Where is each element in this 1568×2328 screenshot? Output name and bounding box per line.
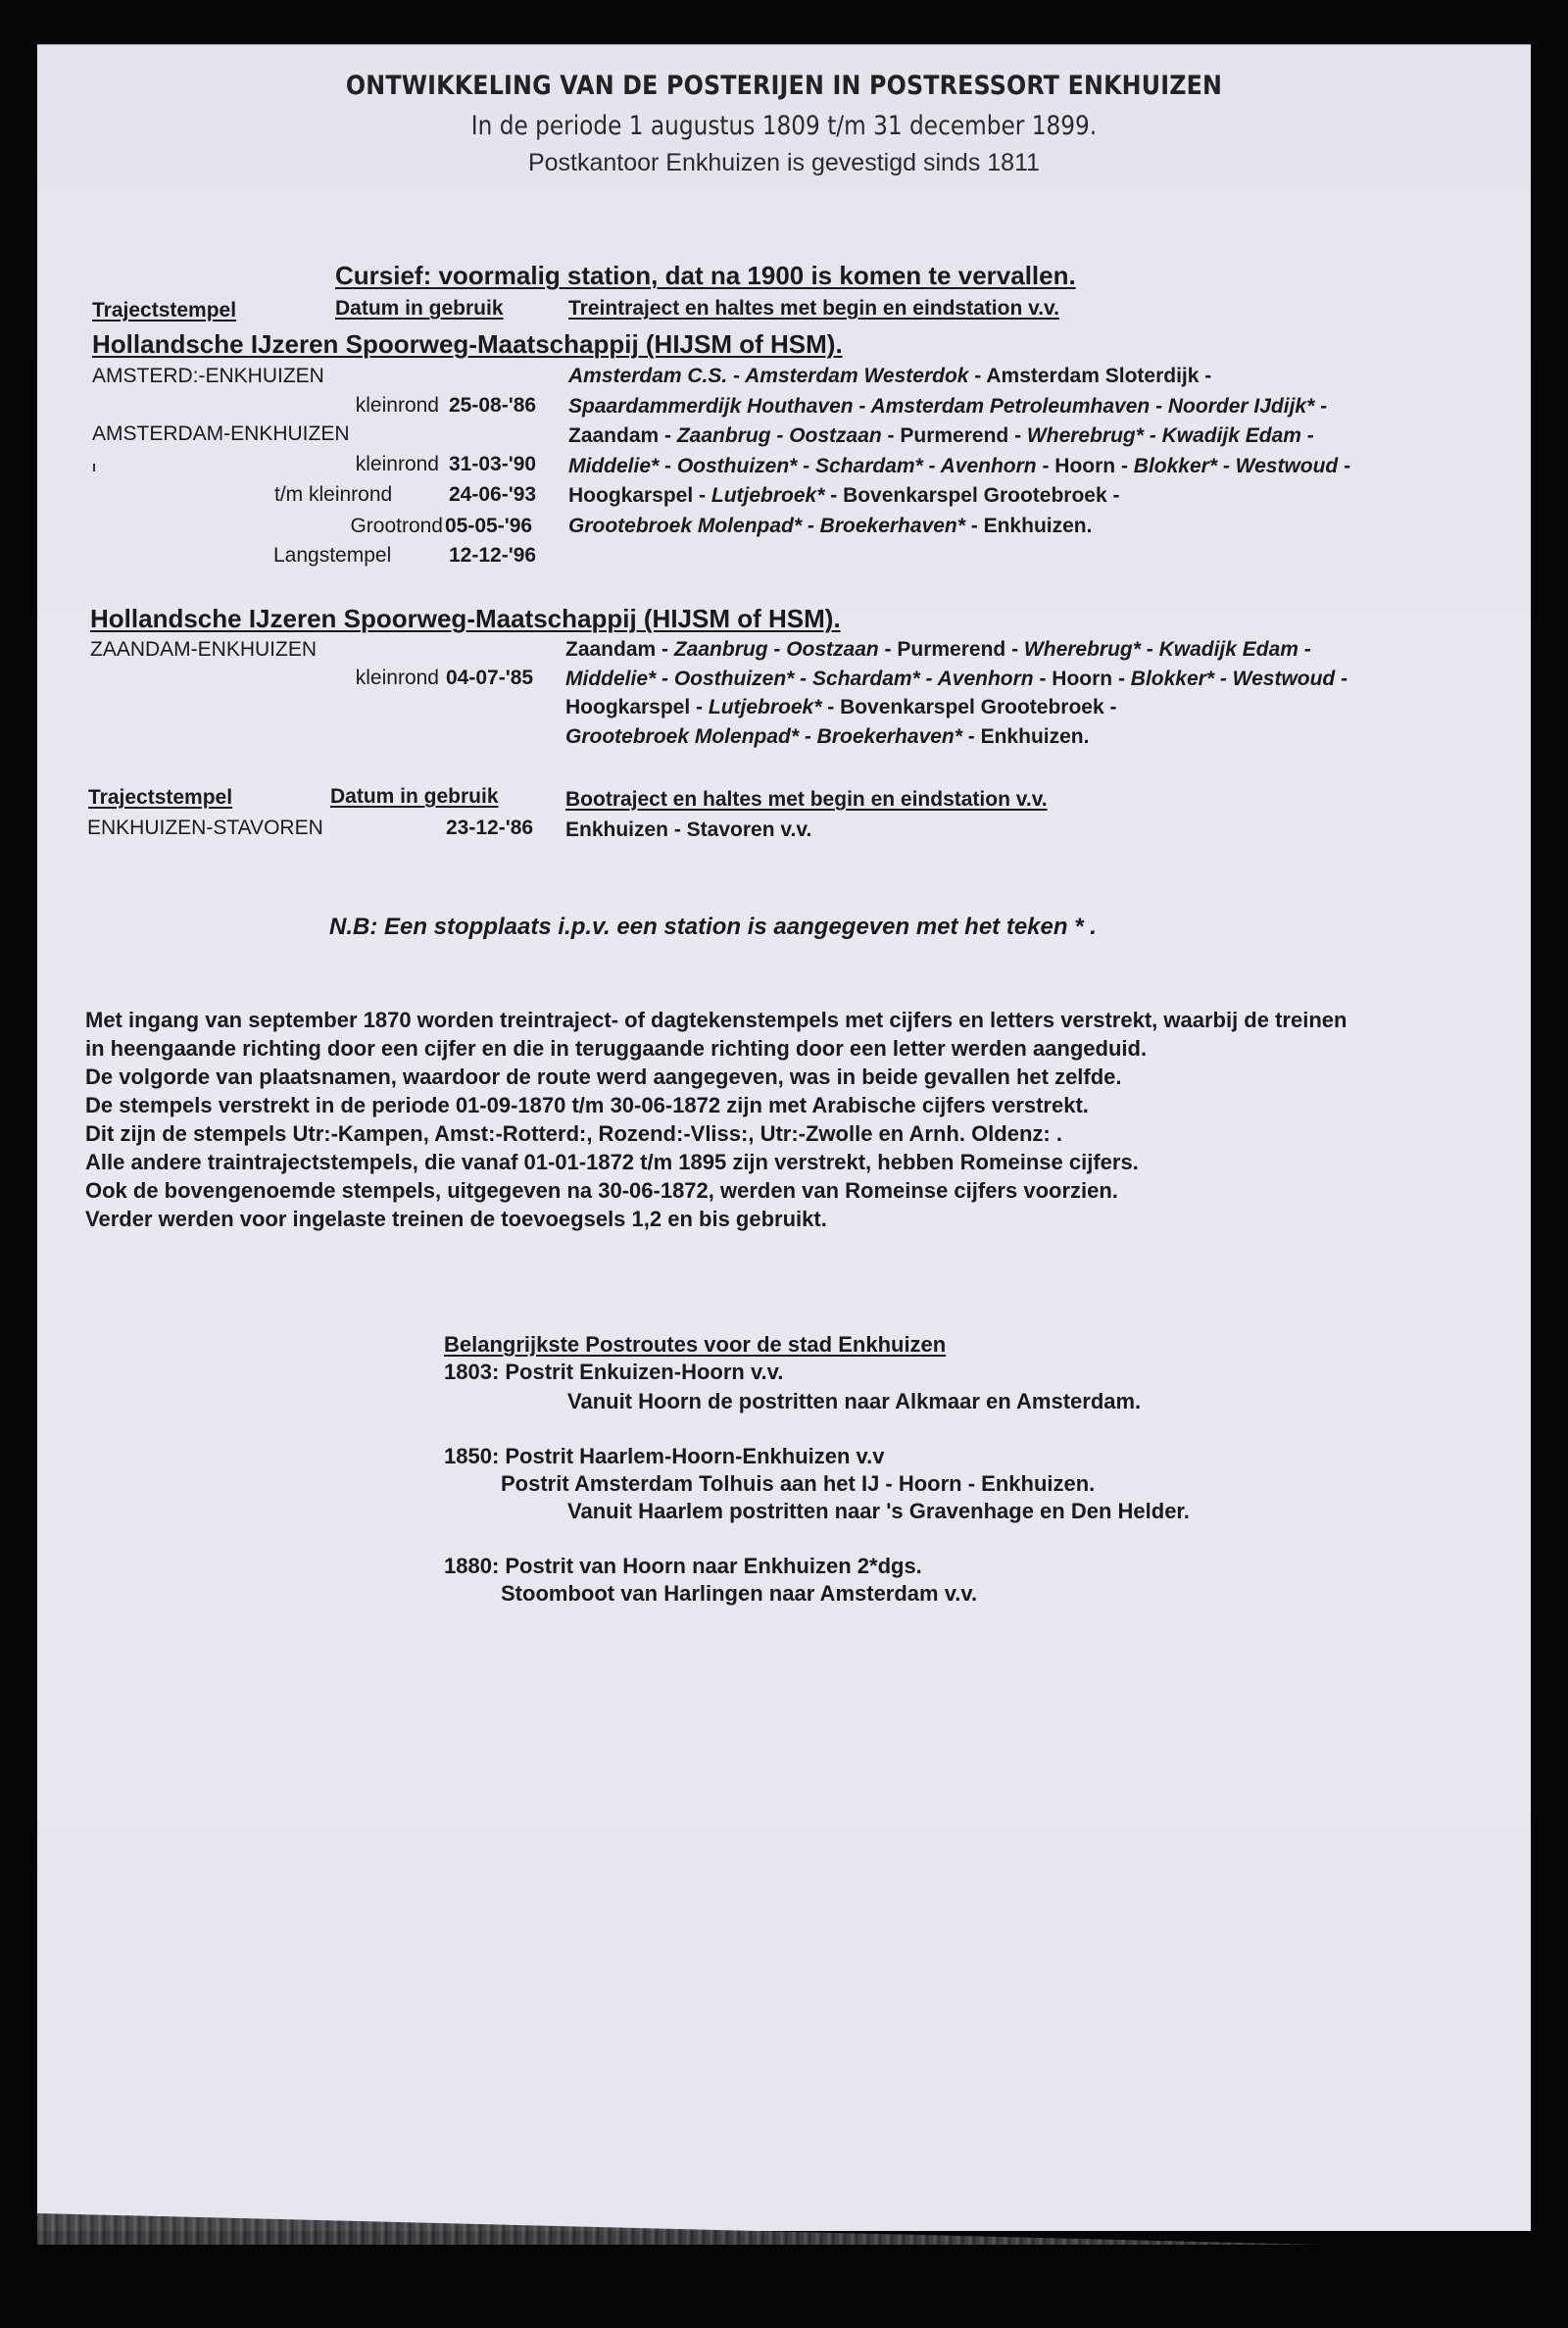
- route-line: Middelie* - Oosthuizen* - Schardam* - Av…: [568, 455, 1350, 478]
- route-line: Hoogkarspel - Lutjebroek* - Bovenkarspel…: [568, 484, 1119, 508]
- stamp-date: 04-07-'85: [446, 667, 533, 690]
- station-text: Hoogkarspel -: [568, 484, 711, 507]
- former-station-text: Lutjebroek*: [711, 484, 825, 507]
- former-station-text: Amsterdam C.S. - Amsterdam Westerdok: [568, 365, 968, 387]
- former-station-text: Middelie* - Oosthuizen* - Schardam* - Av…: [565, 668, 1034, 690]
- station-text: - Bovenkarspel Grootebroek -: [824, 484, 1119, 507]
- station-text: - Enkhuizen.: [965, 515, 1093, 537]
- route-line: Middelie* - Oosthuizen* - Schardam* - Av…: [565, 668, 1347, 691]
- former-station-text: Grootebroek Molenpad* - Broekerhaven*: [568, 515, 965, 537]
- station-text: - Purmerend -: [879, 638, 1024, 661]
- paragraph-line: Met ingang van september 1870 worden tre…: [85, 1006, 1347, 1034]
- former-station-text: Blokker* - Westwoud -: [1131, 668, 1347, 690]
- postroute-entry: 1880: Postrit van Hoorn naar Enkhuizen 2…: [444, 1553, 1190, 1580]
- paragraph-line: Dit zijn de stempels Utr:-Kampen, Amst:-…: [85, 1119, 1347, 1148]
- office-subtitle: Postkantoor Enkhuizen is gevestigd sinds…: [0, 149, 1568, 177]
- route-line: Zaandam - Zaanbrug - Oostzaan - Purmeren…: [568, 424, 1314, 448]
- route-line: Hoogkarspel - Lutjebroek* - Bovenkarspel…: [565, 696, 1116, 719]
- legend-heading: Cursief: voormalig station, dat na 1900 …: [335, 261, 1076, 291]
- postroute-detail: Stoomboot van Harlingen naar Amsterdam v…: [444, 1580, 1190, 1608]
- col-header-route: Bootraject en haltes met begin en eindst…: [565, 788, 1048, 812]
- former-station-text: Zaanbrug - Oostzaan: [677, 424, 882, 447]
- station-text: - Amsterdam Sloterdijk -: [968, 365, 1211, 387]
- explanation-paragraph: Met ingang van september 1870 worden tre…: [85, 1006, 1347, 1233]
- stamp-date: 12-12-'96: [449, 544, 536, 568]
- postroute-entry: 1850: Postrit Haarlem-Hoorn-Enkhuizen v.…: [444, 1443, 1190, 1470]
- stamp-type: t/m kleinrond: [274, 483, 392, 507]
- former-station-text: Wherebrug* - Kwadijk Edam -: [1027, 424, 1314, 447]
- postroute-entry: 1803: Postrit Enkuizen-Hoorn v.v.: [444, 1359, 1190, 1386]
- col-header-date: Datum in gebruik: [330, 785, 499, 809]
- col-header-date: Datum in gebruik: [335, 297, 504, 321]
- postroutes-heading: Belangrijkste Postroutes voor de stad En…: [444, 1331, 1190, 1359]
- route-line: Zaandam - Zaanbrug - Oostzaan - Purmeren…: [565, 638, 1311, 662]
- former-station-text: Zaanbrug - Oostzaan: [674, 638, 879, 661]
- stamp-date: 23-12-'86: [446, 817, 533, 840]
- former-station-text: Grootebroek Molenpad* - Broekerhaven*: [565, 725, 962, 748]
- former-station-text: Lutjebroek*: [709, 696, 822, 718]
- background-border: [0, 2245, 1568, 2328]
- stamp-name: AMSTERDAM-ENKHUIZEN: [92, 422, 350, 446]
- route-line: Amsterdam C.S. - Amsterdam Westerdok - A…: [568, 365, 1211, 388]
- col-header-stamp: Trajectstempel: [92, 299, 236, 322]
- route-line: Grootebroek Molenpad* - Broekerhaven* - …: [565, 725, 1089, 749]
- station-text: - Purmerend -: [882, 424, 1027, 447]
- boat-route: Enkhuizen - Stavoren v.v.: [565, 818, 811, 842]
- stamp-name: ENKHUIZEN-STAVOREN: [87, 817, 323, 840]
- stamp-type: Grootrond: [284, 515, 443, 538]
- stamp-date: 24-06-'93: [449, 483, 536, 507]
- stamp-date: 25-08-'86: [449, 394, 536, 418]
- station-text: - Bovenkarspel Grootebroek -: [821, 696, 1116, 718]
- station-text: - Enkhuizen.: [962, 725, 1090, 748]
- paragraph-line: Ook de bovengenoemde stempels, uitgegeve…: [85, 1176, 1347, 1205]
- col-header-route: Treintraject en haltes met begin en eind…: [568, 297, 1059, 321]
- page-title: ONTWIKKELING VAN DE POSTERIJEN IN POSTRE…: [94, 71, 1474, 101]
- stamp-name: ZAANDAM-ENKHUIZEN: [90, 638, 317, 662]
- stamp-type: kleinrond: [284, 667, 439, 690]
- period-subtitle: In de periode 1 augustus 1809 t/m 31 dec…: [110, 111, 1458, 141]
- route-line: Grootebroek Molenpad* - Broekerhaven* - …: [568, 515, 1092, 538]
- route-line: Spaardammerdijk Houthaven - Amsterdam Pe…: [568, 395, 1327, 419]
- footnote: N.B: Een stopplaats i.p.v. een station i…: [329, 914, 1097, 941]
- stray-mark: [93, 464, 95, 471]
- stamp-type: kleinrond: [284, 453, 439, 476]
- postroute-detail: Vanuit Hoorn de postritten naar Alkmaar …: [444, 1388, 1190, 1415]
- paragraph-line: in heengaande richting door een cijfer e…: [85, 1034, 1347, 1063]
- former-station-text: Middelie* - Oosthuizen* - Schardam* - Av…: [568, 455, 1037, 477]
- postroute-detail: Postrit Amsterdam Tolhuis aan het IJ - H…: [444, 1470, 1190, 1498]
- station-text: - Hoorn -: [1034, 668, 1131, 690]
- former-station-text: Spaardammerdijk Houthaven - Amsterdam Pe…: [568, 395, 1327, 418]
- company-heading: Hollandsche IJzeren Spoorweg-Maatschappi…: [90, 604, 841, 634]
- stamp-name: AMSTERD:-ENKHUIZEN: [92, 365, 324, 388]
- station-text: Zaandam -: [568, 424, 677, 447]
- paragraph-line: De volgorde van plaatsnamen, waardoor de…: [85, 1063, 1347, 1091]
- stamp-date: 31-03-'90: [449, 453, 536, 476]
- stamp-type: kleinrond: [284, 394, 439, 418]
- company-heading: Hollandsche IJzeren Spoorweg-Maatschappi…: [92, 329, 843, 360]
- postroute-detail: Vanuit Haarlem postritten naar 's Graven…: [444, 1498, 1190, 1525]
- paragraph-line: Alle andere traintrajectstempels, die va…: [85, 1148, 1347, 1176]
- postroutes-section: Belangrijkste Postroutes voor de stad En…: [444, 1331, 1190, 1608]
- station-text: - Hoorn -: [1037, 455, 1134, 477]
- paragraph-line: Verder werden voor ingelaste treinen de …: [85, 1205, 1347, 1233]
- former-station-text: Wherebrug* - Kwadijk Edam -: [1024, 638, 1311, 661]
- former-station-text: Blokker* - Westwoud -: [1134, 455, 1350, 477]
- col-header-stamp: Trajectstempel: [88, 786, 232, 810]
- paragraph-line: De stempels verstrekt in de periode 01-0…: [85, 1091, 1347, 1119]
- stamp-type: Langstempel: [273, 544, 391, 568]
- station-text: Hoogkarspel -: [565, 696, 709, 718]
- stamp-date: 05-05-'96: [445, 515, 532, 538]
- station-text: Zaandam -: [565, 638, 674, 661]
